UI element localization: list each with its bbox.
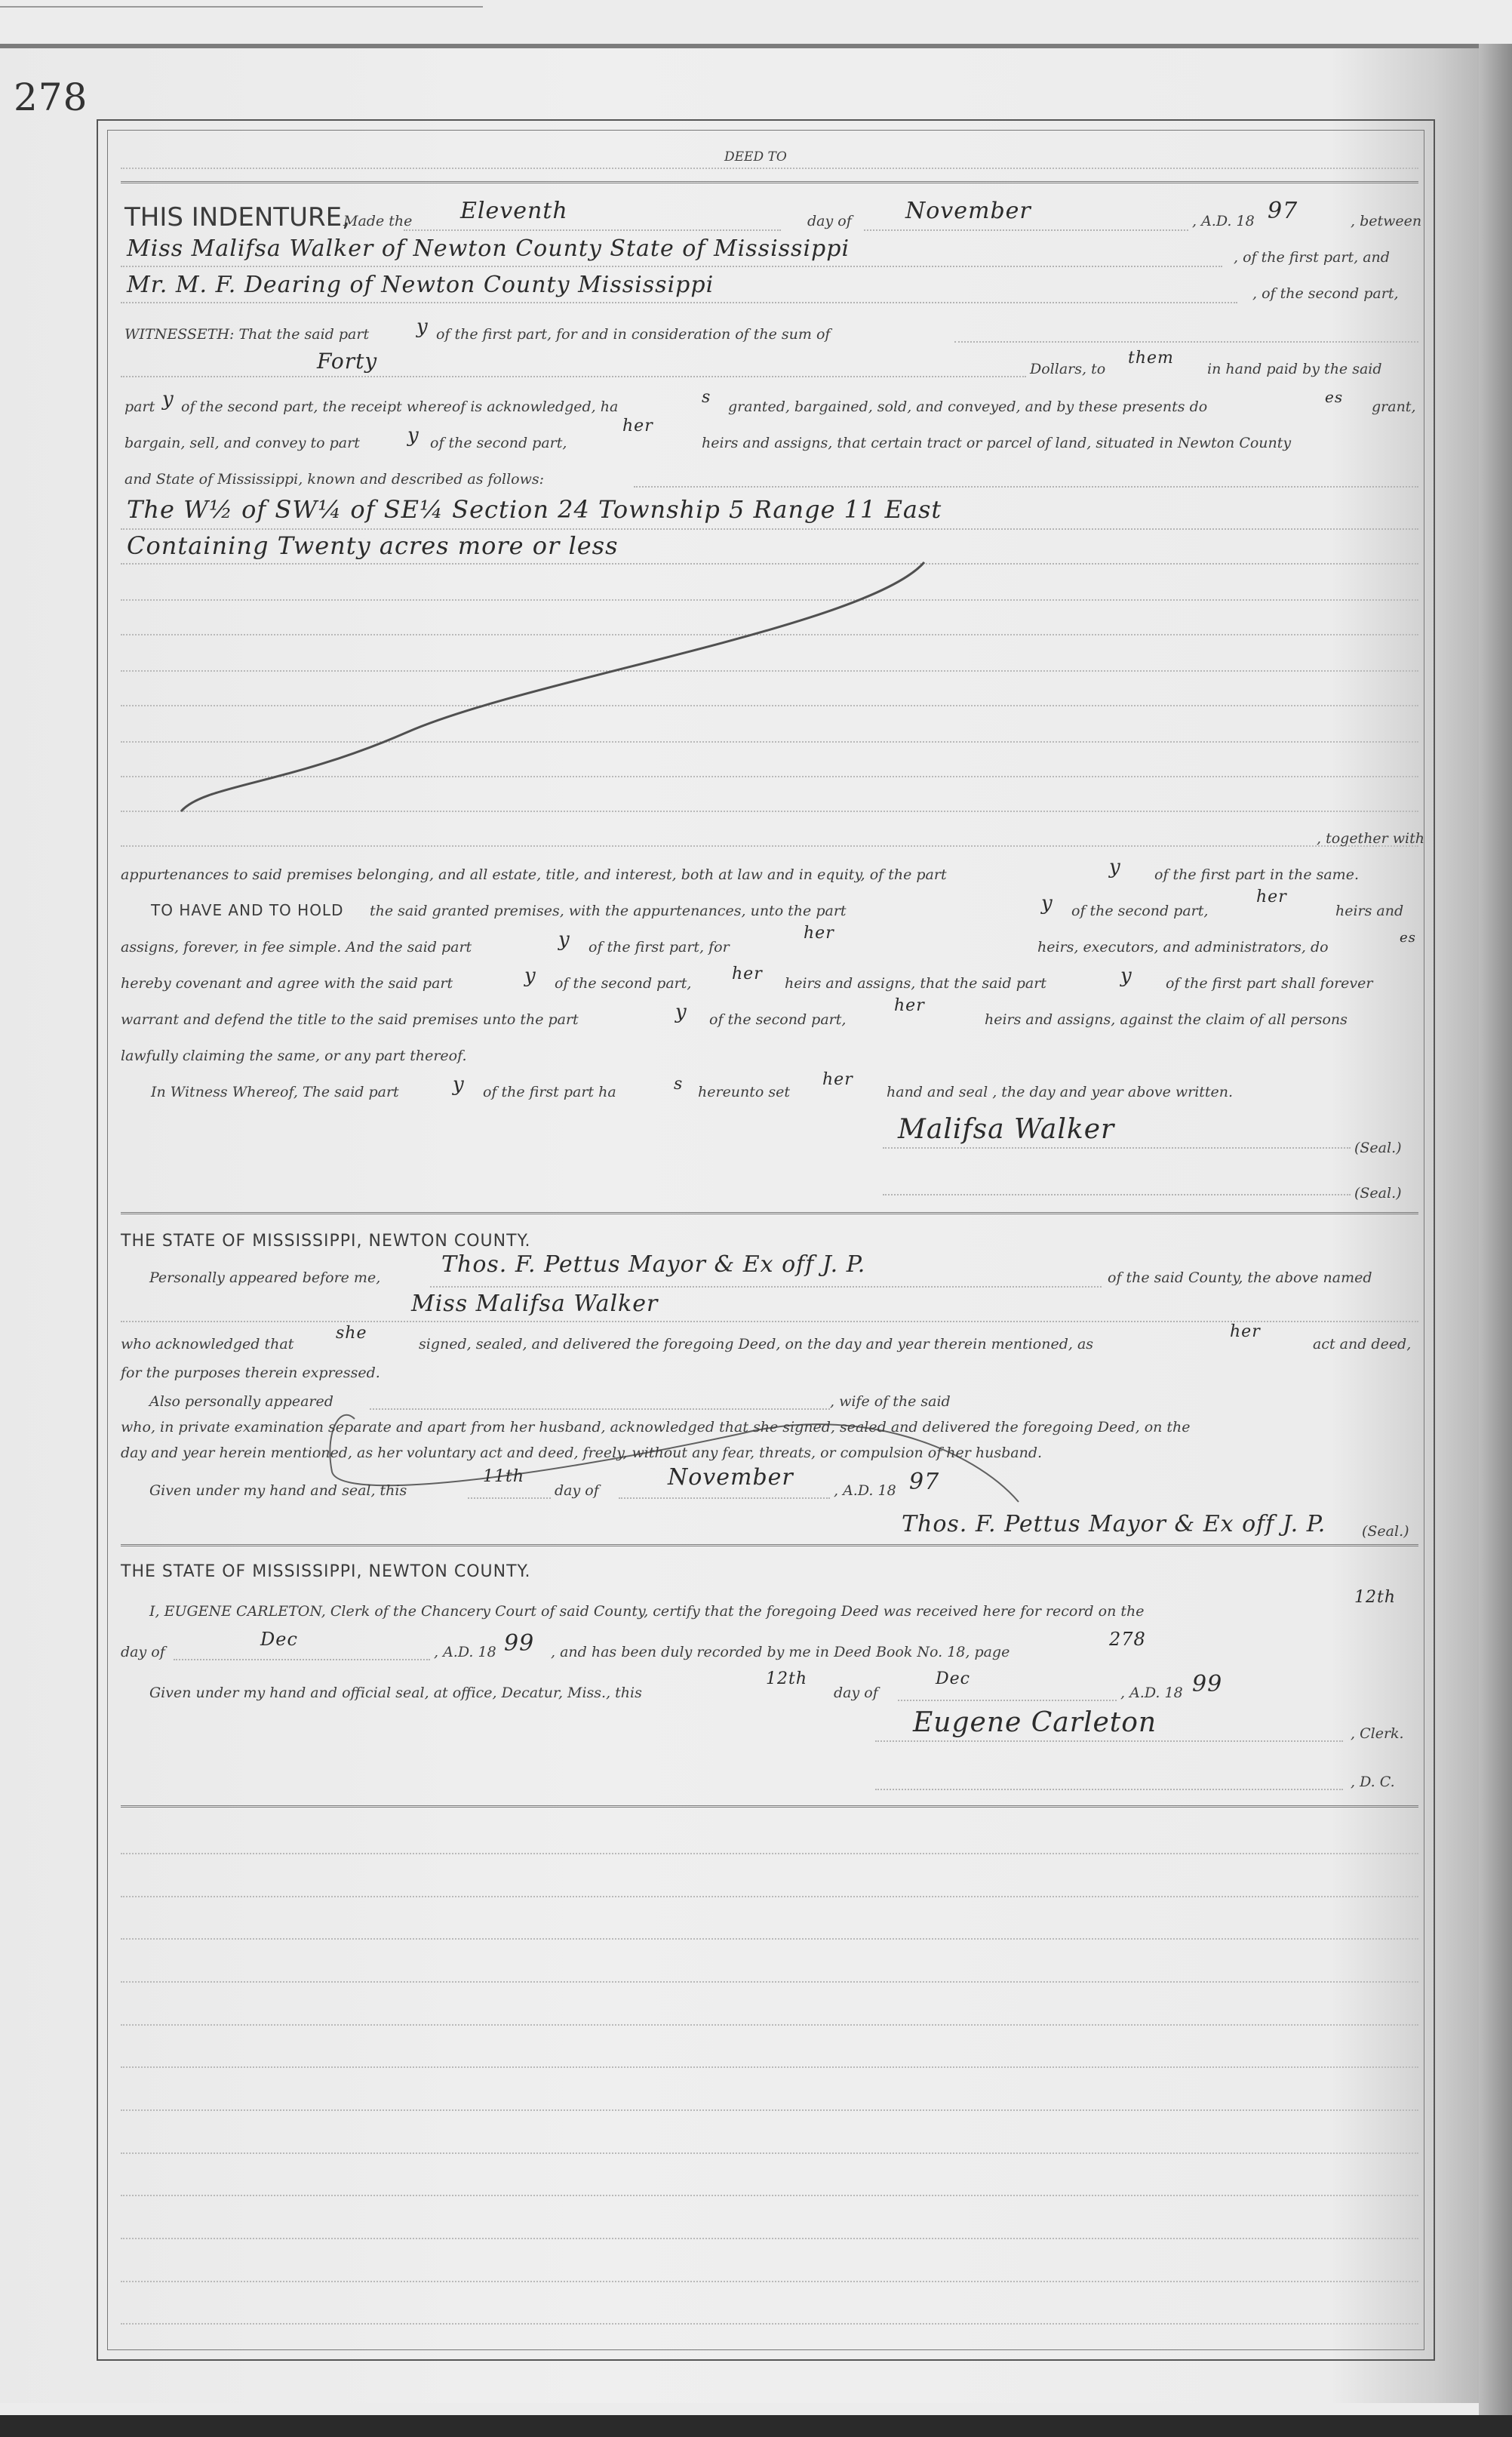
year-value: 97 (1268, 198, 1298, 224)
seal-label: (Seal.) (1354, 1140, 1402, 1156)
certificate-text: , A.D. 18 (1120, 1685, 1183, 1701)
habendum-text: the said granted premises, with the appu… (370, 903, 847, 919)
first-party-suffix: , of the first part, and (1234, 249, 1390, 266)
officer-value: Thos. F. Pettus Mayor & Ex off J. P. (441, 1251, 865, 1278)
certificate-month-line (898, 1700, 1117, 1701)
grantor-line (121, 1321, 1418, 1322)
party-suffix-value: y (162, 388, 174, 411)
party-suffix-value: y (453, 1073, 465, 1096)
witnesseth-text: in hand paid by the said (1207, 361, 1382, 377)
description-line-1: The W½ of SW¼ of SE¼ Section 24 Township… (127, 495, 942, 524)
habendum-text: of the first part shall forever (1166, 975, 1372, 992)
seal-label: (Seal.) (1362, 1523, 1409, 1540)
grantor-name-value: Miss Malifsa Walker (411, 1291, 658, 1317)
received-month-value: Dec (260, 1629, 298, 1650)
second-party-value: Mr. M. F. Dearing of Newton County Missi… (127, 272, 714, 298)
blank-line (121, 1981, 1418, 1983)
between-label: , between (1351, 213, 1421, 229)
her-value: her (804, 924, 834, 943)
habendum-text: lawfully claiming the same, or any part … (121, 1048, 467, 1064)
acknowledgment-text: of the said County, the above named (1108, 1269, 1372, 1286)
together-with-label: , together with (1317, 830, 1424, 847)
party-suffix-value: y (407, 424, 419, 447)
given-month-value: November (668, 1464, 794, 1491)
seal-label: (Seal.) (1354, 1185, 1402, 1202)
signature-line (883, 1194, 1351, 1195)
clerk-signature: Eugene Carleton (913, 1707, 1157, 1738)
blank-line (121, 2281, 1418, 2282)
scan-bottom-edge (0, 2415, 1512, 2437)
witnesseth-text: of the first part, for and in considerat… (436, 326, 830, 343)
deputy-clerk-line (875, 1789, 1343, 1790)
testimonium-text: hereunto set (698, 1084, 790, 1100)
her-value: her (1256, 888, 1287, 906)
certificate-text: I, EUGENE CARLETON, Clerk of the Chancer… (149, 1603, 1144, 1620)
book-gutter-shadow (1479, 44, 1512, 2421)
header-rule (121, 181, 1418, 183)
habendum-text: of the second part, (709, 1011, 846, 1028)
party-suffix-value: y (1041, 892, 1053, 915)
sum-value: Forty (317, 349, 377, 374)
habendum-text: hereby covenant and agree with the said … (121, 975, 453, 992)
indenture-lead: THIS INDENTURE, (124, 202, 350, 232)
habendum-text: of the second part, (555, 975, 691, 992)
acknowledgment-text: , wife of the said (830, 1393, 951, 1410)
has-value: s (702, 388, 711, 407)
section-rule (121, 1544, 1418, 1546)
sum-value-line (121, 376, 1026, 377)
given-month-line (619, 1497, 830, 1499)
blank-line (121, 1938, 1418, 1940)
certificate-day-value: 12th (766, 1669, 807, 1688)
appurtenances-text: appurtenances to said premises belonging… (121, 866, 947, 883)
habendum-text: heirs and (1335, 903, 1403, 919)
scan-edge-rule (0, 6, 483, 8)
party-suffix-value: y (1109, 856, 1121, 878)
blank-line (121, 2323, 1418, 2325)
officer-line (430, 1286, 1102, 1288)
blank-line (121, 634, 1418, 635)
month-value: November (905, 198, 1031, 224)
witnesseth-text: of the second part, the receipt whereof … (181, 398, 618, 415)
acknowledgment-heading: THE STATE OF MISSISSIPPI, NEWTON COUNTY. (121, 1232, 531, 1251)
acknowledgment-text: Also personally appeared (149, 1393, 333, 1410)
second-party-suffix: , of the second part, (1252, 285, 1399, 302)
description-line-2: Containing Twenty acres more or less (127, 531, 618, 560)
description-start-line (634, 486, 1418, 488)
deputy-clerk-label: , D. C. (1351, 1774, 1395, 1790)
made-the-label: Made the (343, 213, 412, 229)
appurtenances-text: of the first part in the same. (1154, 866, 1359, 883)
given-day-value: 11th (483, 1467, 524, 1486)
description-line (121, 563, 1418, 565)
day-field-line (404, 229, 781, 231)
has-value: s (674, 1075, 683, 1094)
certificate-heading: THE STATE OF MISSISSIPPI, NEWTON COUNTY. (121, 1562, 531, 1581)
grantor-signature: Malifsa Walker (898, 1114, 1114, 1145)
she-value: she (336, 1324, 367, 1343)
blank-line (121, 599, 1418, 601)
witnesseth-text: grant, (1372, 398, 1415, 415)
blank-line (121, 2109, 1418, 2111)
recorded-page-value: 278 (1109, 1629, 1146, 1650)
blank-line (121, 845, 1418, 847)
second-party-line (121, 302, 1237, 303)
habendum-text: heirs and assigns, against the claim of … (985, 1011, 1348, 1028)
wife-line (370, 1408, 830, 1410)
received-day-value: 12th (1354, 1588, 1396, 1607)
blank-line (121, 811, 1418, 812)
deed-to-label: DEED TO (724, 149, 787, 165)
acknowledgment-text: for the purposes therein expressed. (121, 1365, 380, 1381)
acknowledgment-text: day and year herein mentioned, as her vo… (121, 1445, 1042, 1461)
acknowledgment-text: who, in private examination separate and… (121, 1419, 1191, 1435)
blank-line (121, 2024, 1418, 2026)
section-rule (121, 1805, 1418, 1808)
acknowledgment-text: day of (555, 1482, 599, 1499)
acknowledgment-text: act and deed, (1313, 1336, 1411, 1352)
her-value: her (894, 996, 925, 1015)
party-suffix-value: y (416, 315, 429, 338)
habendum-text: assigns, forever, in fee simple. And the… (121, 939, 472, 955)
day-value: Eleventh (460, 198, 568, 224)
ad-label: , A.D. 18 (1192, 213, 1255, 229)
witnesseth-text: and State of Mississippi, known and desc… (124, 471, 544, 488)
her-value: her (732, 965, 763, 983)
received-month-line (174, 1659, 430, 1660)
witnesseth-text: WITNESSETH: That the said part (124, 326, 369, 343)
clerk-signature-line (875, 1740, 1343, 1742)
certificate-text: , A.D. 18 (434, 1644, 496, 1660)
acknowledgment-text: signed, sealed, and delivered the forego… (419, 1336, 1093, 1352)
blank-line (121, 705, 1418, 706)
witnesseth-text: bargain, sell, and convey to part (124, 435, 360, 451)
blank-line (121, 2238, 1418, 2239)
witnesseth-text: granted, bargained, sold, and conveyed, … (728, 398, 1207, 415)
acknowledgment-text: Personally appeared before me, (149, 1269, 380, 1286)
habendum-text: heirs and assigns, that the said part (785, 975, 1046, 992)
certificate-month-value: Dec (936, 1669, 970, 1688)
habendum-text: of the first part, for (589, 939, 730, 955)
her-value: her (622, 417, 653, 435)
certificate-year-value: 99 (1192, 1671, 1222, 1697)
officer-signature: Thos. F. Pettus Mayor & Ex off J. P. (902, 1511, 1326, 1537)
header-dotted-line (121, 168, 1418, 169)
witnesseth-text: of the second part, (430, 435, 567, 451)
blank-line (121, 776, 1418, 777)
blank-line (121, 2195, 1418, 2196)
day-of-label: day of (807, 213, 852, 229)
party-suffix-value: y (1120, 965, 1132, 987)
signature-line (883, 1147, 1351, 1149)
testimonium-text: hand and seal , the day and year above w… (887, 1084, 1233, 1100)
party-suffix-value: y (524, 965, 536, 987)
blank-line (121, 2152, 1418, 2154)
blank-line (121, 1896, 1418, 1897)
her-value: her (1230, 1322, 1261, 1341)
certificate-text: day of (834, 1685, 878, 1701)
habendum-lead: TO HAVE AND TO HOLD (151, 901, 343, 919)
acknowledgment-text: , A.D. 18 (834, 1482, 896, 1499)
her-value: her (822, 1070, 853, 1089)
blank-line (121, 2066, 1418, 2068)
given-year-value: 97 (909, 1469, 939, 1495)
es-value: es (1325, 388, 1343, 406)
blank-line (121, 670, 1418, 672)
habendum-text: warrant and defend the title to the said… (121, 1011, 579, 1028)
party-suffix-value: y (558, 928, 570, 951)
certificate-text: Given under my hand and official seal, a… (149, 1685, 642, 1701)
es-value: es (1400, 930, 1416, 946)
testimonium-text: In Witness Whereof, The said part (151, 1084, 399, 1100)
blank-line (121, 741, 1418, 743)
page-number: 278 (14, 75, 88, 119)
section-rule (121, 1212, 1418, 1214)
acknowledgment-text: Given under my hand and seal, this (149, 1482, 407, 1499)
certificate-text: day of (121, 1644, 165, 1660)
first-party-value: Miss Malifsa Walker of Newton County Sta… (127, 235, 850, 262)
blank-line (121, 1853, 1418, 1854)
acknowledgment-text: who acknowledged that (121, 1336, 293, 1352)
clerk-label: , Clerk. (1351, 1725, 1404, 1742)
certificate-text: , and has been duly recorded by me in De… (551, 1644, 1010, 1660)
month-field-line (864, 229, 1188, 231)
habendum-text: of the second part, (1071, 903, 1208, 919)
witnesseth-text: part (124, 398, 155, 415)
first-party-line (121, 266, 1222, 267)
testimonium-text: of the first part ha (483, 1084, 616, 1100)
witnesseth-text: heirs and assigns, that certain tract or… (702, 435, 1291, 451)
habendum-text: heirs, executors, and administrators, do (1037, 939, 1329, 955)
them-value: them (1128, 349, 1174, 368)
sum-line (954, 341, 1418, 343)
given-day-line (468, 1497, 551, 1499)
description-line (121, 528, 1418, 530)
dollars-label: Dollars, to (1030, 361, 1105, 377)
party-suffix-value: y (675, 1001, 687, 1023)
received-year-value: 99 (504, 1630, 534, 1657)
